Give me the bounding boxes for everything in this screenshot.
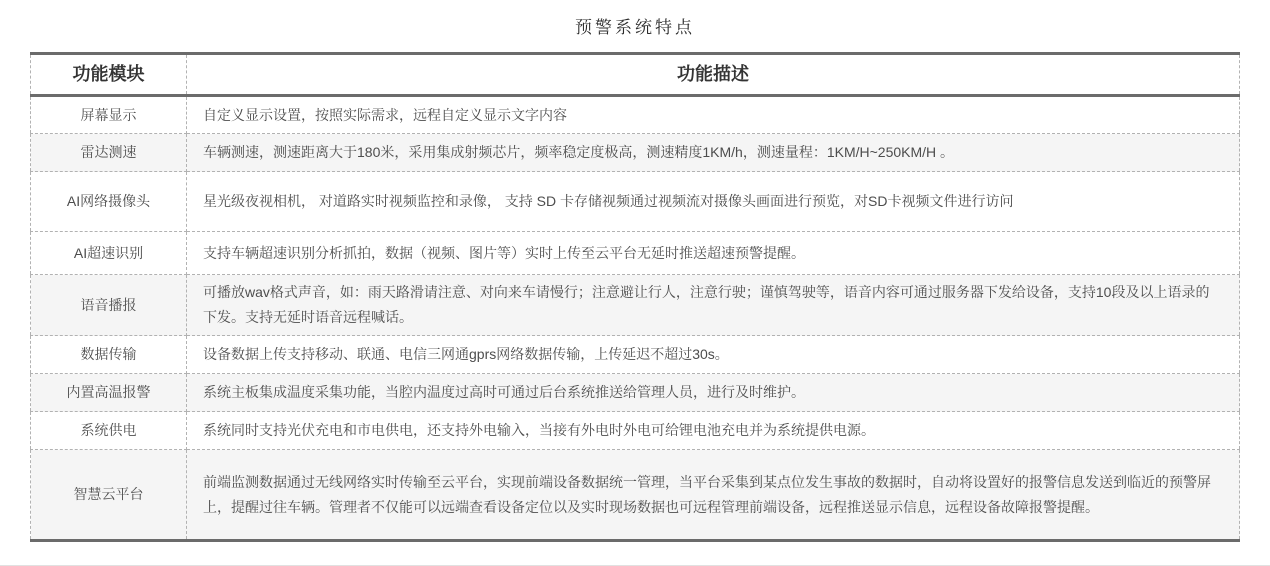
description-cell: 前端监测数据通过无线网络实时传输至云平台，实现前端设备数据统一管理，当平台采集到…: [187, 450, 1240, 541]
description-cell: 可播放wav格式声音，如：雨天路滑请注意、对向来车请慢行；注意避让行人，注意行驶…: [187, 275, 1240, 336]
module-cell: 系统供电: [31, 412, 187, 450]
module-cell: 内置高温报警: [31, 374, 187, 412]
table-row: AI超速识别 支持车辆超速识别分析抓拍，数据（视频、图片等）实时上传至云平台无延…: [31, 232, 1240, 275]
description-cell: 系统同时支持光伏充电和市电供电，还支持外电输入，当接有外电时外电可给锂电池充电并…: [187, 412, 1240, 450]
module-cell: 数据传输: [31, 336, 187, 374]
description-cell: 车辆测速，测速距离大于180米，采用集成射频芯片，频率稳定度极高，测速精度1KM…: [187, 134, 1240, 172]
module-cell: 屏幕显示: [31, 96, 187, 134]
module-cell: 雷达测速: [31, 134, 187, 172]
table-body: 屏幕显示 自定义显示设置，按照实际需求，远程自定义显示文字内容 雷达测速 车辆测…: [31, 96, 1240, 541]
feature-table: 功能模块 功能描述 屏幕显示 自定义显示设置，按照实际需求，远程自定义显示文字内…: [30, 52, 1240, 542]
header-description: 功能描述: [187, 54, 1240, 96]
table-row: 系统供电 系统同时支持光伏充电和市电供电，还支持外电输入，当接有外电时外电可给锂…: [31, 412, 1240, 450]
description-cell: 星光级夜视相机， 对道路实时视频监控和录像， 支持 SD 卡存储视频通过视频流对…: [187, 172, 1240, 232]
table-row: 雷达测速 车辆测速，测速距离大于180米，采用集成射频芯片，频率稳定度极高，测速…: [31, 134, 1240, 172]
header-module: 功能模块: [31, 54, 187, 96]
module-cell: 语音播报: [31, 275, 187, 336]
description-cell: 设备数据上传支持移动、联通、电信三网通gprs网络数据传输，上传延迟不超过30s…: [187, 336, 1240, 374]
module-cell: AI超速识别: [31, 232, 187, 275]
page-title: 预警系统特点: [0, 13, 1270, 38]
table-row: AI网络摄像头 星光级夜视相机， 对道路实时视频监控和录像， 支持 SD 卡存储…: [31, 172, 1240, 232]
table-header: 功能模块 功能描述: [31, 54, 1240, 96]
table-row: 语音播报 可播放wav格式声音，如：雨天路滑请注意、对向来车请慢行；注意避让行人…: [31, 275, 1240, 336]
description-cell: 系统主板集成温度采集功能，当腔内温度过高时可通过后台系统推送给管理人员，进行及时…: [187, 374, 1240, 412]
table-row: 智慧云平台 前端监测数据通过无线网络实时传输至云平台，实现前端设备数据统一管理，…: [31, 450, 1240, 541]
module-cell: AI网络摄像头: [31, 172, 187, 232]
table-row: 内置高温报警 系统主板集成温度采集功能，当腔内温度过高时可通过后台系统推送给管理…: [31, 374, 1240, 412]
description-cell: 自定义显示设置，按照实际需求，远程自定义显示文字内容: [187, 96, 1240, 134]
table-row: 数据传输 设备数据上传支持移动、联通、电信三网通gprs网络数据传输，上传延迟不…: [31, 336, 1240, 374]
module-cell: 智慧云平台: [31, 450, 187, 541]
header-row: 功能模块 功能描述: [31, 54, 1240, 96]
table-row: 屏幕显示 自定义显示设置，按照实际需求，远程自定义显示文字内容: [31, 96, 1240, 134]
description-cell: 支持车辆超速识别分析抓拍，数据（视频、图片等）实时上传至云平台无延时推送超速预警…: [187, 232, 1240, 275]
